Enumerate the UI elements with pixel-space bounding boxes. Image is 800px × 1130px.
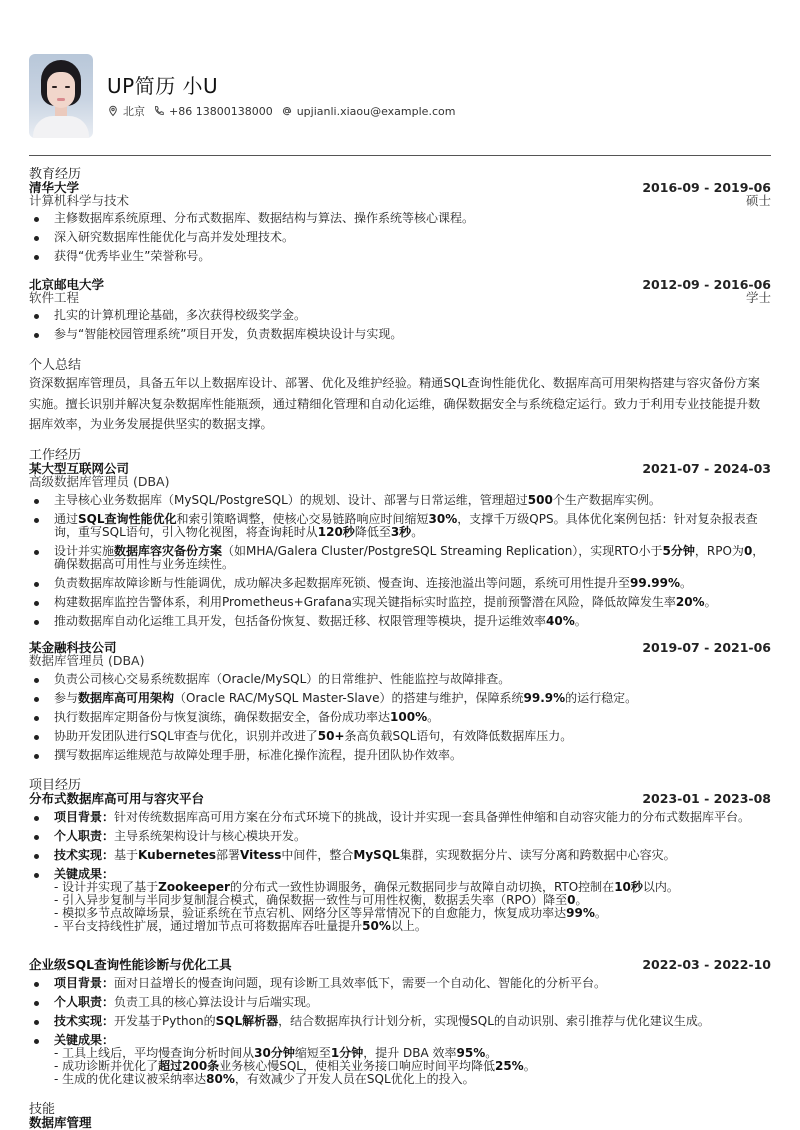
major: 计算机科学与技术 [29,194,129,208]
list-item: 项目背景：面对日益增长的慢查询问题，现有诊断工具效率低下，需要一个自动化、智能化… [29,977,771,990]
major: 软件工程 [29,291,79,305]
resume-page: UP简历 小U 北京 +86 13800138000 upjianli.xiao… [0,0,800,1130]
list-item: 技术实现：基于Kubernetes部署Vitess中间件，整合MySQL集群，实… [29,849,771,862]
list-item: 参与“智能校园管理系统”项目开发，负责数据库模块设计与实现。 [29,328,771,341]
list-item: 个人职责：主导系统架构设计与核心模块开发。 [29,830,771,843]
list-item: 协助开发团队进行SQL审查与优化，识别并改进了50+条高负载SQL语句，有效降低… [29,730,771,743]
job-role: 数据库管理员 (DBA) [29,654,144,668]
summary-text: 资深数据库管理员，具备五年以上数据库设计、部署、优化及维护经验。精通SQL查询性… [29,373,771,435]
key-achievements: 关键成果：- 设计并实现了基于Zookeeper的分布式一致性协调服务，确保元数… [29,868,771,933]
list-item: 通过SQL查询性能优化和索引策略调整，使核心交易链路响应时间缩短30%，支撑千万… [29,513,771,539]
project-bullets: 项目背景：面对日益增长的慢查询问题，现有诊断工具效率低下，需要一个自动化、智能化… [29,977,771,1092]
list-item: 撰写数据库运维规范与故障处理手册，标准化操作流程，提升团队协作效率。 [29,749,771,762]
project-date: 2023-01 - 2023-08 [642,792,771,806]
list-item: 设计并实施数据库容灾备份方案（如MHA/Galera Cluster/Postg… [29,545,771,571]
section-title-summary: 个人总结 [29,359,81,373]
degree: 硕士 [746,194,771,208]
list-item: 负责公司核心交易系统数据库（Oracle/MySQL）的日常维护、性能监控与故障… [29,673,771,686]
candidate-name: UP简历 小U [107,73,463,99]
list-item: 技术实现：开发基于Python的SQL解析器，结合数据库执行计划分析，实现慢SQ… [29,1015,771,1028]
list-item: 负责数据库故障诊断与性能调优，成功解决多起数据库死锁、慢查询、连接池溢出等问题，… [29,577,771,590]
list-item: 主导核心业务数据库（MySQL/PostgreSQL）的规划、设计、部署与日常运… [29,494,771,507]
project-name: 分布式数据库高可用与容灾平台 [29,792,204,806]
work-date: 2021-07 - 2024-03 [642,462,771,476]
list-item: 执行数据库定期备份与恢复演练，确保数据安全，备份成功率达100%。 [29,711,771,724]
list-item: 构建数据库监控告警体系，利用Prometheus+Grafana实现关键指标实时… [29,596,771,609]
list-item: 参与数据库高可用架构（Oracle RAC/MySQL Master-Slave… [29,692,771,705]
list-item: 扎实的计算机理论基础，多次获得校级奖学金。 [29,309,771,322]
list-item: 获得“优秀毕业生”荣誉称号。 [29,250,771,263]
email-at-icon [281,105,293,117]
avatar [29,54,93,138]
work-bullets: 负责公司核心交易系统数据库（Oracle/MySQL）的日常维护、性能监控与故障… [29,673,771,768]
location-pin-icon [107,105,119,117]
job-role: 高级数据库管理员 (DBA) [29,475,169,489]
list-item: 深入研究数据库性能优化与高并发处理技术。 [29,231,771,244]
list-item: 主修数据库系统原理、分布式数据库、数据结构与算法、操作系统等核心课程。 [29,212,771,225]
list-item: 个人职责：负责工具的核心算法设计与后端实现。 [29,996,771,1009]
work-bullets: 主导核心业务数据库（MySQL/PostgreSQL）的规划、设计、部署与日常运… [29,494,771,634]
project-date: 2022-03 - 2022-10 [642,958,771,972]
list-item: 推动数据库自动化运维工具开发，包括备份恢复、数据迁移、权限管理等模块，提升运维效… [29,615,771,628]
header-divider [29,155,771,156]
phone: +86 13800138000 [169,105,273,118]
education-bullets: 主修数据库系统原理、分布式数据库、数据结构与算法、操作系统等核心课程。 深入研究… [29,212,771,269]
email[interactable]: upjianli.xiaou@example.com [297,105,456,118]
project-bullets: 项目背景：针对传统数据库高可用方案在分布式环境下的挑战，设计并实现一套具备弹性伸… [29,811,771,939]
key-achievements: 关键成果：- 工具上线后，平均慢查询分析时间从30分钟缩短至1分钟，提升 DBA… [29,1034,771,1086]
list-item: 项目背景：针对传统数据库高可用方案在分布式环境下的挑战，设计并实现一套具备弹性伸… [29,811,771,824]
contact-info: 北京 +86 13800138000 upjianli.xiaou@exampl… [107,103,463,119]
degree: 学士 [746,291,771,305]
skill-category: 数据库管理 [29,1116,92,1130]
phone-icon [153,105,165,117]
project-name: 企业级SQL查询性能诊断与优化工具 [29,958,232,972]
education-bullets: 扎实的计算机理论基础，多次获得校级奖学金。 参与“智能校园管理系统”项目开发，负… [29,309,771,347]
location: 北京 [123,103,145,119]
resume-header: UP简历 小U 北京 +86 13800138000 upjianli.xiao… [29,54,463,138]
work-date: 2019-07 - 2021-06 [642,641,771,655]
